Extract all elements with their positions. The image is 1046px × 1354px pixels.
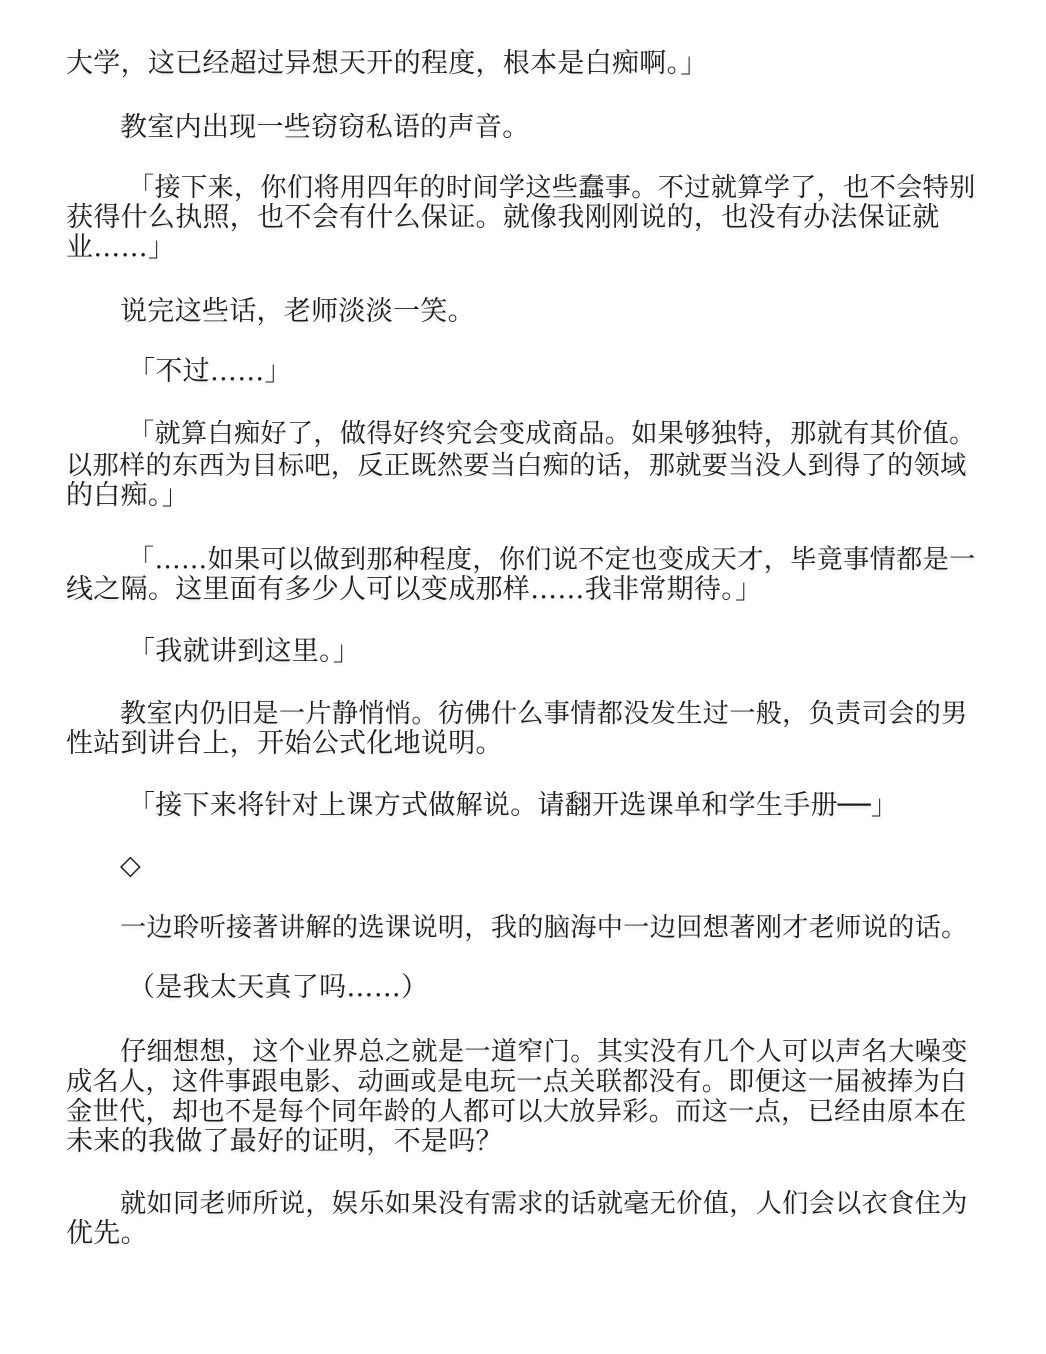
text-line: 教室内出现一些窃窃私语的声音。 [120, 112, 530, 144]
text-line: 仔细想想，这个业界总之就是一道窄门。其实没有几个人可以声名大噪变 [120, 1036, 968, 1068]
text-line: 「我就讲到这里。」 [128, 636, 360, 668]
text-line: 「……如果可以做到那种程度，你们说不定也变成天才，毕竟事情都是一 [128, 544, 976, 576]
text-line: 大学，这已经超过异想天开的程度，根本是白痴啊。」 [66, 48, 708, 80]
diamond-icon: ◇ [120, 850, 141, 882]
text-line: 性站到讲台上，开始公式化地说明。 [66, 728, 503, 760]
text-line: 一边聆听接著讲解的选课说明，我的脑海中一边回想著刚才老师说的话。 [120, 912, 968, 944]
text-line: 就如同老师所说，娱乐如果没有需求的话就毫无价值，人们会以衣食住为 [120, 1188, 968, 1220]
text-line: 业……」 [66, 232, 175, 264]
text-line: 成名人，这件事跟电影、动画或是电玩一点关联都没有。即便这一届被捧为白 [66, 1066, 967, 1098]
text-line: 以那样的东西为目标吧，反正既然要当白痴的话，那就要当没人到得了的领域 [66, 450, 967, 482]
text-line: 的白痴。」 [66, 480, 189, 512]
text-line: （是我太天真了吗……） [128, 972, 428, 1004]
text-line: 线之隔。这里面有多少人可以变成那样……我非常期待。」 [66, 574, 762, 606]
text-line: 教室内仍旧是一片静悄悄。彷佛什么事情都没发生过一般，负责司会的男 [120, 698, 968, 730]
text-line: 「接下来，你们将用四年的时间学这些蠢事。不过就算学了，也不会特别 [128, 172, 976, 204]
text-line: 未来的我做了最好的证明，不是吗？ [66, 1126, 503, 1158]
text-line: 「就算白痴好了，做得好终究会变成商品。如果够独特，那就有其价值。 [128, 418, 976, 450]
text-line: 优先。 [66, 1218, 148, 1250]
text-line: 说完这些话，老师淡淡一笑。 [120, 296, 475, 328]
text-line: 「接下来将针对上课方式做解说。请翻开选课单和学生手册──」 [128, 790, 898, 822]
text-line: 获得什么执照，也不会有什么保证。就像我刚刚说的，也没有办法保证就 [66, 202, 940, 234]
text-line: 金世代，却也不是每个同年龄的人都可以大放异彩。而这一点，已经由原本在 [66, 1096, 967, 1128]
text-line: 「不过……」 [128, 356, 292, 388]
